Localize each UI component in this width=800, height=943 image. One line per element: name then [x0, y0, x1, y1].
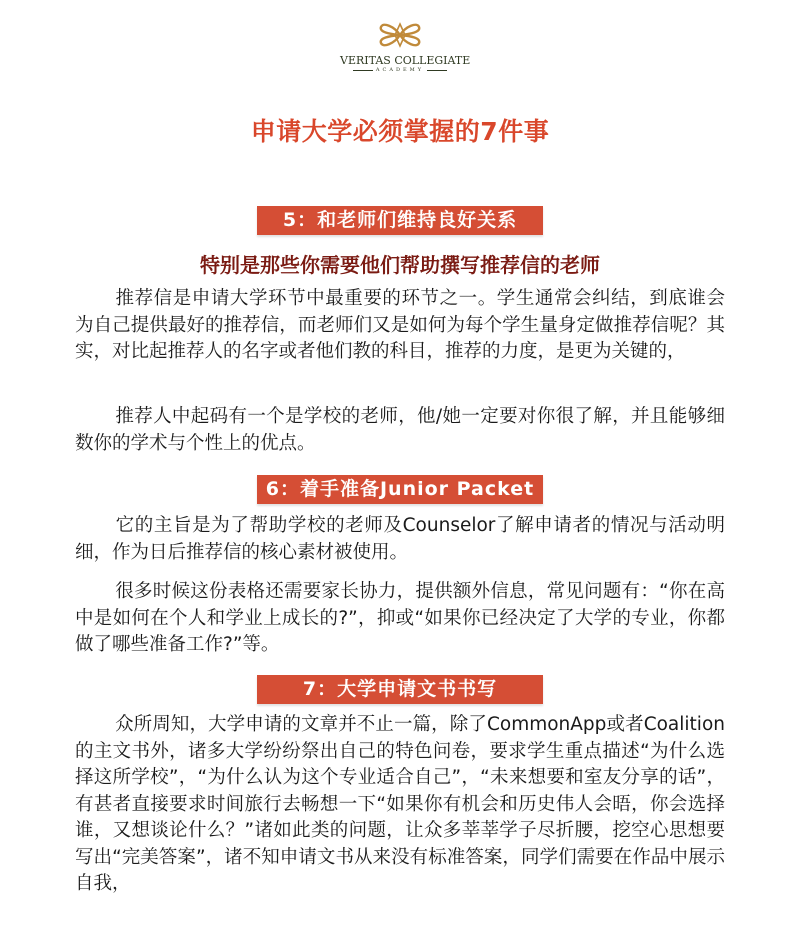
section-7-heading: 7：大学申请文书书写 [257, 675, 543, 704]
logo-sub-text: ACADEMY [376, 67, 424, 73]
logo-name: VERITAS COLLEGIATE [340, 54, 460, 67]
page-title: 申请大学必须掌握的7件事 [0, 112, 800, 148]
section-5-paragraph-1: 推荐信是申请大学环节中最重要的环节之一。学生通常会纠结，到底谁会为自己提供最好的… [75, 286, 725, 366]
logo-subtitle: ACADEMY [340, 67, 460, 73]
section-5-paragraph-2: 推荐人中起码有一个是学校的老师，他/她一定要对你很了解，并且能够细数你的学术与个… [75, 404, 725, 457]
divider [353, 70, 373, 71]
section-7-paragraph-1: 众所周知，大学申请的文章并不止一篇，除了CommonApp或者Coalition… [75, 712, 725, 898]
section-5-subtitle: 特别是那些你需要他们帮助撰写推荐信的老师 [0, 249, 800, 278]
section-5-heading: 5：和老师们维持良好关系 [257, 206, 543, 235]
section-6-paragraph-1: 它的主旨是为了帮助学校的老师及Counselor了解申请者的情况与活动明细，作为… [75, 513, 725, 566]
section-6-heading: 6：着手准备Junior Packet [257, 475, 543, 504]
section-6-paragraph-2: 很多时候这份表格还需要家长协力，提供额外信息，常见问题有：“你在高中是如何在个人… [75, 579, 725, 659]
logo: VERITAS COLLEGIATE ACADEMY [340, 18, 460, 80]
divider [427, 70, 447, 71]
knot-emblem-icon [377, 18, 423, 52]
